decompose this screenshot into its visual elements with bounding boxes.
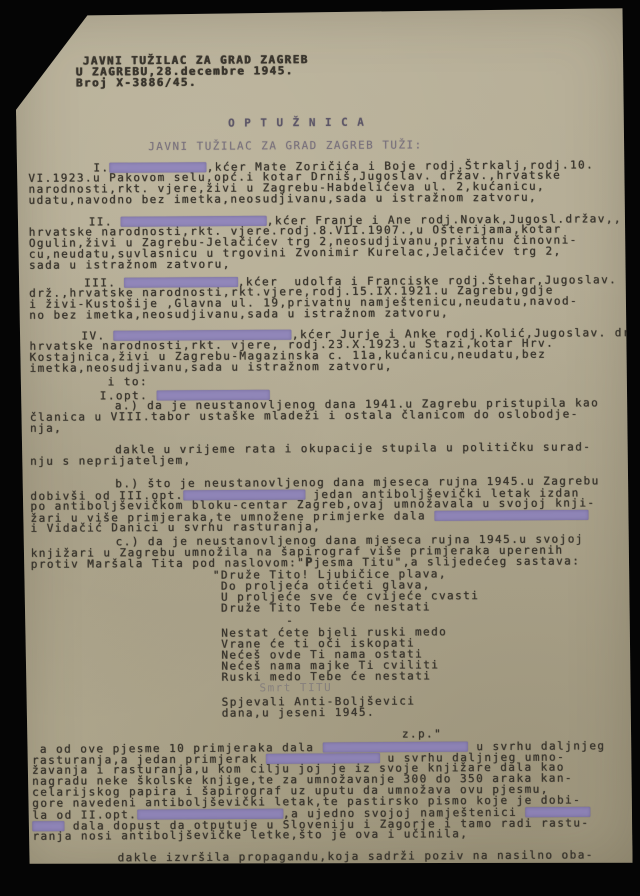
- redaction-highlight: [109, 162, 206, 173]
- text-line: O P T U Ž N I C A: [228, 115, 618, 128]
- redaction-highlight: [322, 742, 468, 753]
- redaction-highlight: [184, 490, 306, 501]
- text-line: i to:: [108, 373, 620, 387]
- text-line: no bez imetka,neosudjivanu,sada u istraž…: [29, 306, 619, 321]
- text-line: članica u VIII.tabor ustaške mladeži i o…: [30, 408, 620, 423]
- text-line: -: [286, 613, 621, 626]
- text-line: Smrt TITU: [259, 680, 621, 693]
- document-text: JAVNI TUŽILAC ZA GRAD ZAGREBU ZAGREBU,28…: [28, 52, 623, 864]
- text-line: udatu,navodno bez imetka,neosudjivanu,sa…: [29, 191, 619, 206]
- document-page: JAVNI TUŽILAC ZA GRAD ZAGREBU ZAGREBU,28…: [15, 8, 632, 870]
- text-line: Broj X-3886/45.: [76, 74, 618, 88]
- overstruck-letter: P: [305, 555, 314, 569]
- text-line: dakle izvršila propagandu,koja sadrži po…: [118, 849, 623, 863]
- redaction-highlight: [434, 510, 588, 521]
- text-line: z.p.": [402, 727, 622, 739]
- redaction-highlight: [114, 330, 292, 341]
- text-line: dana,u jeseni 1945.: [222, 705, 622, 718]
- redaction-highlight: [32, 821, 64, 831]
- text-line: Druže Tito Tebe će nestati: [221, 600, 621, 613]
- redaction-highlight: [525, 807, 590, 817]
- redaction-highlight: [121, 216, 267, 227]
- redaction-highlight: [156, 390, 269, 401]
- redaction-highlight: [266, 753, 379, 764]
- redaction-highlight: [137, 809, 283, 820]
- text-line: JAVNI TUŽILAC ZA GRAD ZAGREB TUŽI:: [148, 138, 618, 152]
- text-line: imetka,neosudjivanu,sada u istražnom zat…: [30, 359, 620, 374]
- redaction-highlight: [124, 277, 237, 288]
